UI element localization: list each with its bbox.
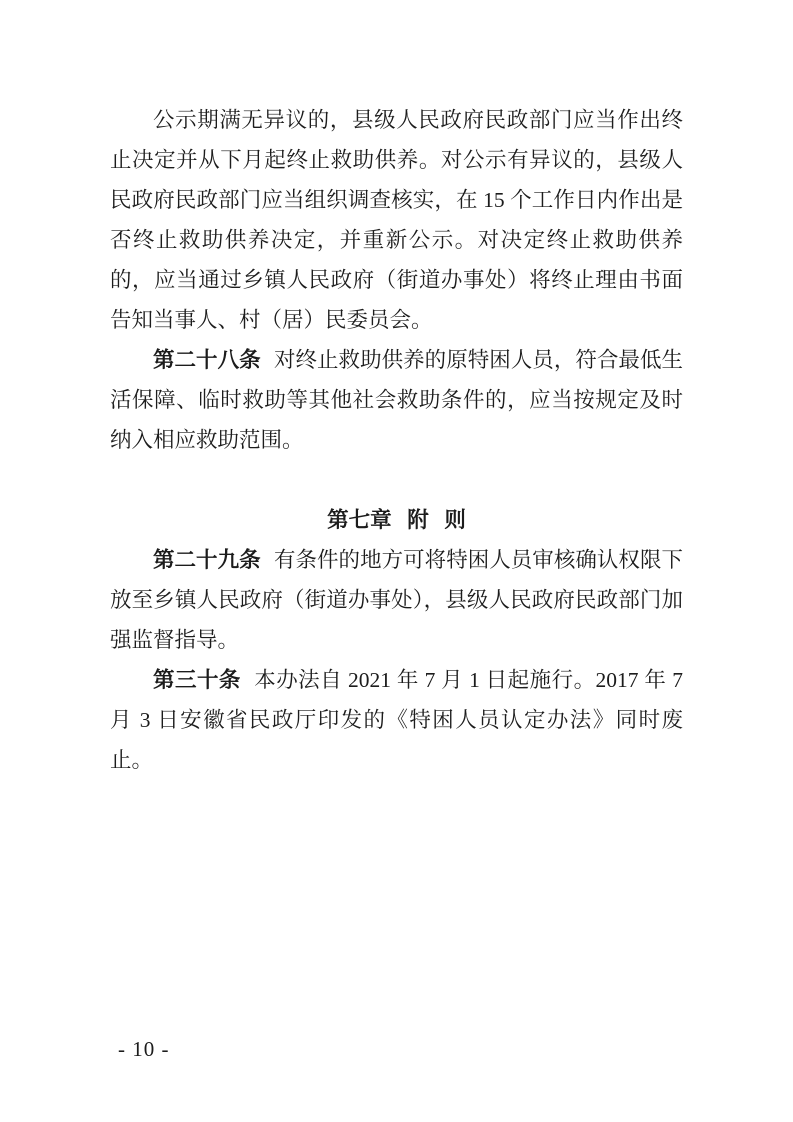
document-page: 公示期满无异议的，县级人民政府民政部门应当作出终止决定并从下月起终止救助供养。对…: [0, 0, 793, 1122]
article-30-paragraph: 第三十条本办法自 2021 年 7 月 1 日起施行。2017 年 7 月 3 …: [110, 660, 683, 780]
document-body: 公示期满无异议的，县级人民政府民政部门应当作出终止决定并从下月起终止救助供养。对…: [110, 100, 683, 780]
article-28-label: 第二十八条: [153, 348, 261, 372]
article-29-paragraph: 第二十九条有条件的地方可将特困人员审核确认权限下放至乡镇人民政府（街道办事处），…: [110, 540, 683, 660]
paragraph-termination-procedure: 公示期满无异议的，县级人民政府民政部门应当作出终止决定并从下月起终止救助供养。对…: [110, 100, 683, 340]
chapter-7-heading: 第七章 附 则: [110, 500, 683, 540]
page-number: - 10 -: [118, 1036, 170, 1062]
article-29-label: 第二十九条: [153, 548, 261, 572]
article-28-paragraph: 第二十八条对终止救助供养的原特困人员，符合最低生活保障、临时救助等其他社会救助条…: [110, 340, 683, 460]
article-30-label: 第三十条: [153, 668, 241, 692]
